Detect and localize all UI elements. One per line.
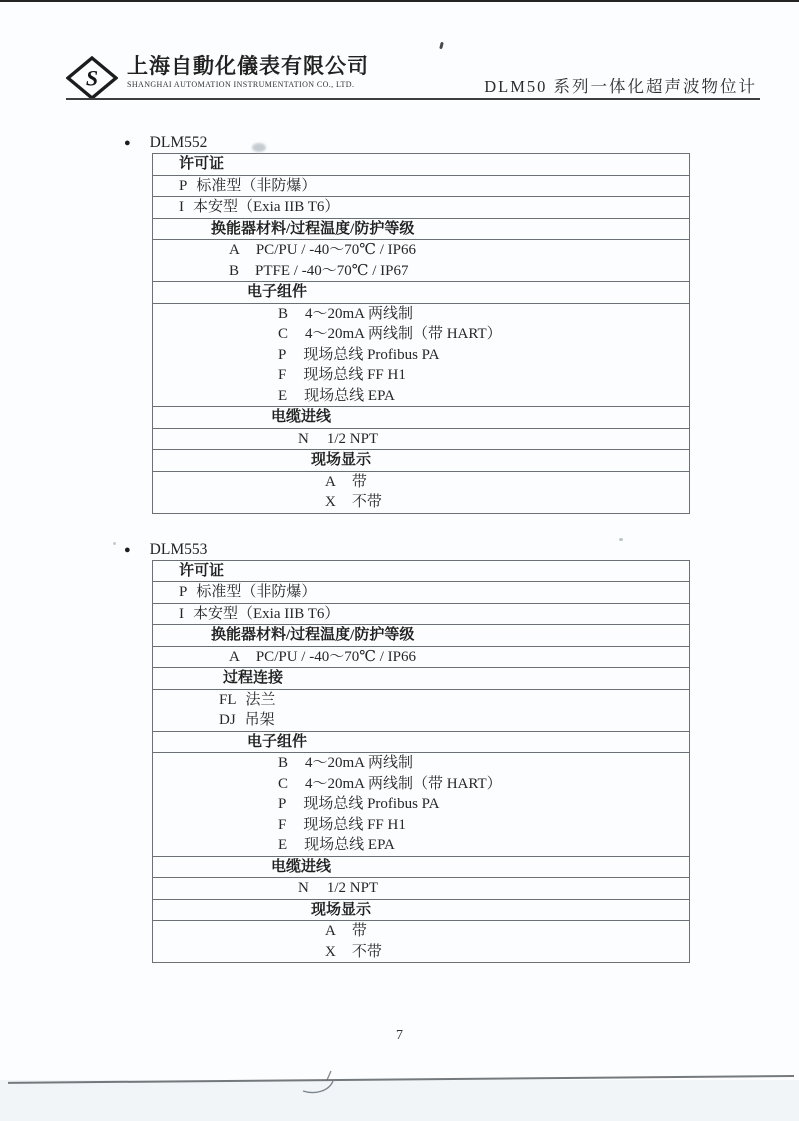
group-label: 过程连接 (153, 668, 689, 689)
model-section-dlm553: ●DLM553许可证P标准型（非防爆）I本安型（Exia IIB T6）换能器材… (124, 539, 690, 964)
option-line: F现场总线 FF H1 (153, 815, 689, 836)
option-line: A带 (153, 472, 689, 493)
option-label: 4～20mA 两线制（带 HART） (305, 776, 502, 792)
option-code: DJ (219, 710, 236, 731)
logo-text: 上海自動化儀表有限公司 SHANGHAI AUTOMATION INSTRUME… (127, 54, 369, 90)
group-header-row: 许可证 (153, 154, 689, 176)
option-label: 4～20mA 两线制（带 HART） (305, 326, 502, 342)
option-code: N (298, 878, 309, 899)
option-code: F (278, 365, 286, 386)
scan-speck (619, 538, 623, 541)
option-line: APC/PU / -40～70℃ / IP66 (153, 240, 689, 261)
option-code: F (278, 815, 286, 836)
option-code: P (179, 582, 187, 603)
option-line: C4～20mA 两线制（带 HART） (153, 774, 689, 795)
option-line: DJ吊架 (153, 710, 689, 731)
group-label: 现场显示 (153, 900, 689, 921)
model-title: ●DLM552 (124, 132, 690, 153)
option-label: PC/PU / -40～70℃ / IP66 (256, 649, 416, 665)
option-line: N1/2 NPT (153, 878, 689, 899)
pen-mark (300, 1068, 344, 1105)
group-label: 换能器材料/过程温度/防护等级 (153, 219, 689, 240)
document-title: DLM50 系列一体化超声波物位计 (484, 73, 757, 97)
option-line: X不带 (153, 492, 689, 513)
option-code: P (179, 176, 187, 197)
option-line: A带 (153, 921, 689, 942)
group-header-row: 电子组件 (153, 732, 689, 754)
option-row: APC/PU / -40～70℃ / IP66 (153, 647, 689, 669)
option-label: 带 (352, 474, 367, 490)
option-code: I (179, 197, 184, 218)
option-label: 带 (352, 923, 367, 939)
option-row: N1/2 NPT (153, 878, 689, 900)
group-header-row: 过程连接 (153, 668, 689, 690)
option-row: APC/PU / -40～70℃ / IP66BPTFE / -40～70℃ /… (153, 240, 689, 282)
model-name: DLM552 (150, 134, 208, 151)
company-name-chinese: 上海自動化儀表有限公司 (127, 54, 369, 78)
option-line: P标准型（非防爆） (153, 176, 689, 197)
model-title: ●DLM553 (124, 539, 690, 560)
option-code: B (278, 753, 288, 774)
option-row: A带X不带 (153, 472, 689, 513)
option-label: 标准型（非防爆） (196, 584, 316, 600)
option-line: APC/PU / -40～70℃ / IP66 (153, 647, 689, 668)
header-divider (66, 98, 760, 100)
group-label: 电缆进线 (153, 857, 689, 878)
option-label: PC/PU / -40～70℃ / IP66 (256, 242, 416, 258)
group-label: 现场显示 (153, 450, 689, 471)
option-code: B (229, 261, 239, 282)
option-label: PTFE / -40～70℃ / IP67 (255, 263, 408, 279)
group-label: 电子组件 (153, 732, 689, 753)
option-label: 现场总线 EPA (304, 837, 395, 853)
selection-table: 许可证P标准型（非防爆）I本安型（Exia IIB T6）换能器材料/过程温度/… (152, 153, 690, 514)
model-tables-container: ●DLM552许可证P标准型（非防爆）I本安型（Exia IIB T6）换能器材… (124, 132, 690, 963)
option-row: I本安型（Exia IIB T6） (153, 604, 689, 626)
option-line: B4～20mA 两线制 (153, 753, 689, 774)
option-label: 现场总线 FF H1 (303, 367, 406, 383)
option-row: FL法兰DJ吊架 (153, 690, 689, 732)
option-code: A (229, 240, 240, 261)
option-line: P标准型（非防爆） (153, 582, 689, 603)
group-label: 许可证 (153, 561, 689, 582)
scanner-background (0, 1080, 799, 1121)
group-header-row: 电子组件 (153, 282, 689, 304)
option-label: 不带 (352, 494, 382, 510)
group-header-row: 电缆进线 (153, 407, 689, 429)
option-label: 不带 (352, 944, 382, 960)
option-code: N (298, 429, 309, 450)
company-name-english: SHANGHAI AUTOMATION INSTRUMENTATION CO.,… (127, 80, 369, 90)
group-header-row: 换能器材料/过程温度/防护等级 (153, 625, 689, 647)
option-row: P标准型（非防爆） (153, 582, 689, 604)
option-line: P现场总线 Profibus PA (153, 345, 689, 366)
option-line: E现场总线 EPA (153, 835, 689, 856)
option-row: B4～20mA 两线制C4～20mA 两线制（带 HART）P现场总线 Prof… (153, 753, 689, 857)
option-code: FL (219, 690, 237, 711)
option-row: P标准型（非防爆） (153, 176, 689, 198)
option-code: E (278, 835, 287, 856)
option-code: X (325, 492, 336, 513)
option-label: 法兰 (246, 692, 276, 708)
option-line: FL法兰 (153, 690, 689, 711)
option-code: I (179, 604, 184, 625)
group-label: 换能器材料/过程温度/防护等级 (153, 625, 689, 646)
scan-smudge (252, 143, 266, 152)
group-header-row: 换能器材料/过程温度/防护等级 (153, 219, 689, 241)
option-label: 现场总线 Profibus PA (303, 347, 439, 363)
option-line: E现场总线 EPA (153, 386, 689, 407)
option-code: P (278, 794, 286, 815)
option-code: A (325, 472, 336, 493)
option-label: 标准型（非防爆） (196, 178, 316, 194)
option-code: P (278, 345, 286, 366)
selection-table: 许可证P标准型（非防爆）I本安型（Exia IIB T6）换能器材料/过程温度/… (152, 560, 690, 964)
option-line: B4～20mA 两线制 (153, 304, 689, 325)
group-header-row: 现场显示 (153, 450, 689, 472)
option-label: 1/2 NPT (327, 431, 378, 447)
option-label: 现场总线 Profibus PA (303, 796, 439, 812)
option-label: 现场总线 FF H1 (303, 817, 406, 833)
document-page: S 上海自動化儀表有限公司 SHANGHAI AUTOMATION INSTRU… (0, 0, 799, 1121)
group-label: 许可证 (153, 154, 689, 175)
group-label: 电子组件 (153, 282, 689, 303)
group-header-row: 许可证 (153, 561, 689, 583)
option-row: N1/2 NPT (153, 429, 689, 451)
option-line: P现场总线 Profibus PA (153, 794, 689, 815)
option-line: N1/2 NPT (153, 429, 689, 450)
option-label: 本安型（Exia IIB T6） (193, 199, 339, 215)
group-header-row: 现场显示 (153, 900, 689, 922)
option-line: I本安型（Exia IIB T6） (153, 197, 689, 218)
page-number: 7 (0, 1028, 799, 1044)
option-label: 现场总线 EPA (304, 388, 395, 404)
group-header-row: 电缆进线 (153, 857, 689, 879)
option-row: I本安型（Exia IIB T6） (153, 197, 689, 219)
option-label: 4～20mA 两线制 (305, 755, 413, 771)
svg-text:S: S (86, 66, 98, 91)
bullet-icon: ● (124, 133, 131, 154)
option-code: A (325, 921, 336, 942)
option-code: C (278, 774, 288, 795)
option-line: F现场总线 FF H1 (153, 365, 689, 386)
option-line: BPTFE / -40～70℃ / IP67 (153, 261, 689, 282)
option-label: 吊架 (245, 712, 275, 728)
option-line: C4～20mA 两线制（带 HART） (153, 324, 689, 345)
group-label: 电缆进线 (153, 407, 689, 428)
option-row: A带X不带 (153, 921, 689, 962)
option-code: B (278, 304, 288, 325)
model-section-dlm552: ●DLM552许可证P标准型（非防爆）I本安型（Exia IIB T6）换能器材… (124, 132, 690, 514)
option-line: X不带 (153, 942, 689, 963)
option-code: X (325, 942, 336, 963)
option-code: C (278, 324, 288, 345)
scan-speck (439, 42, 444, 50)
option-line: I本安型（Exia IIB T6） (153, 604, 689, 625)
option-code: A (229, 647, 240, 668)
option-label: 本安型（Exia IIB T6） (193, 606, 339, 622)
option-code: E (278, 386, 287, 407)
bullet-icon: ● (124, 540, 131, 561)
option-label: 1/2 NPT (327, 880, 378, 896)
model-name: DLM553 (150, 541, 208, 558)
option-label: 4～20mA 两线制 (305, 306, 413, 322)
option-row: B4～20mA 两线制C4～20mA 两线制（带 HART）P现场总线 Prof… (153, 304, 689, 408)
scan-speck (113, 542, 116, 545)
